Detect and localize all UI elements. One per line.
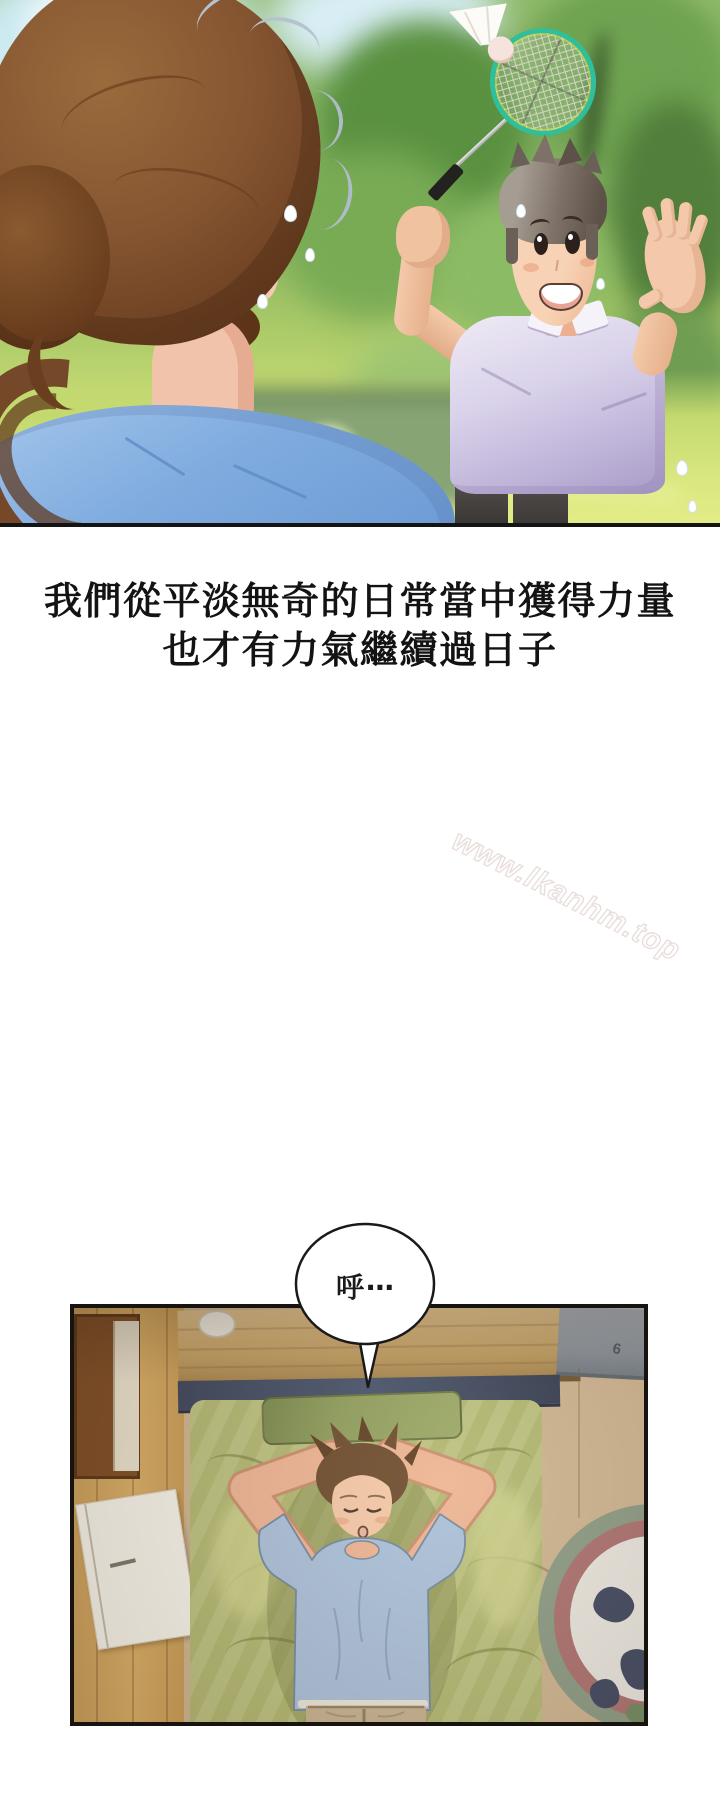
sweat-drop [676, 460, 688, 476]
man-eye [565, 231, 580, 254]
sweat-drop [305, 248, 315, 262]
narration-caption: 我們從平淡無奇的日常當中獲得力量 也才有力氣繼續過日子 [0, 578, 720, 676]
racket-string [499, 62, 584, 101]
panel-badminton-scene [0, 0, 720, 527]
narration-line-1: 我們從平淡無奇的日常當中獲得力量 [0, 578, 720, 627]
narration-line-2: 也才有力氣繼續過日子 [0, 627, 720, 676]
man-cheek-shade [523, 263, 539, 272]
man-gripping-hand [396, 206, 450, 268]
sweat-drop [284, 205, 297, 222]
comic-page: 我們從平淡無奇的日常當中獲得力量 也才有力氣繼續過日子 www.lkanhm.t… [0, 0, 720, 1805]
site-watermark: www.lkanhm.top [447, 824, 686, 968]
sweat-drop [688, 500, 697, 513]
sweat-drop [516, 204, 526, 218]
man-cheek-shade [580, 258, 594, 267]
sweat-drop [596, 278, 605, 290]
man-eye [534, 233, 548, 255]
speech-bubble [288, 1220, 448, 1396]
man-sideburn [506, 228, 518, 264]
eye-glint [537, 236, 542, 242]
man-sideburn [586, 224, 598, 260]
speech-bubble-text: 呼⋯ [300, 1266, 432, 1306]
sweat-drop [257, 294, 268, 309]
eye-glint [568, 234, 573, 240]
man-polo-shirt [450, 316, 665, 494]
